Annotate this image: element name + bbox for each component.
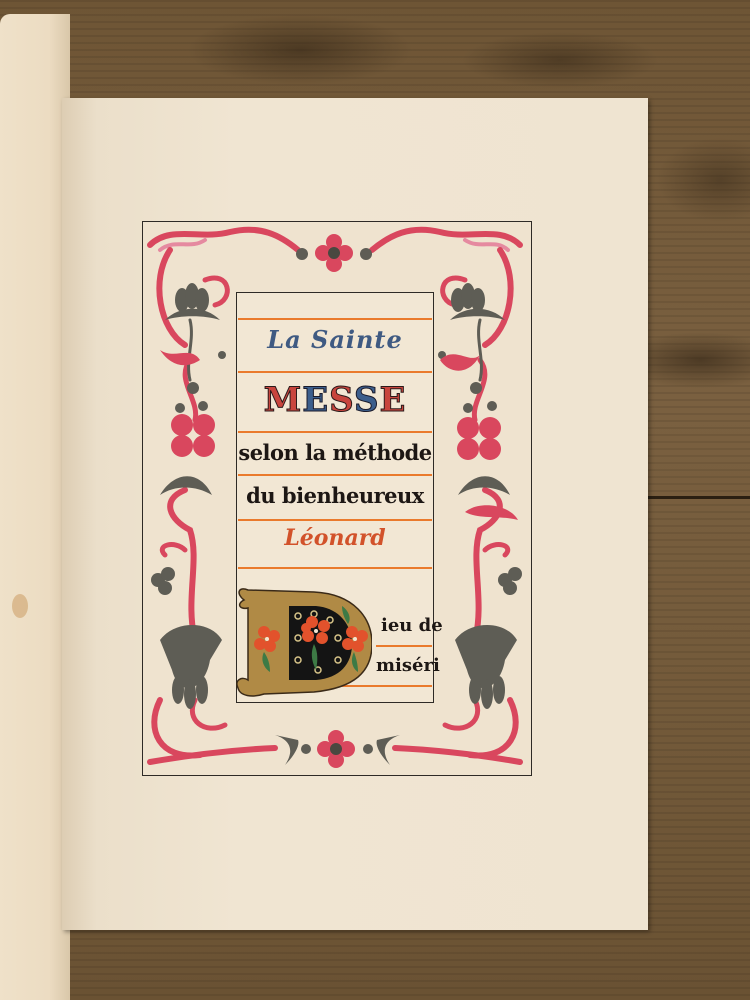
messe-letter: S [329,380,354,420]
ruling-line [238,371,432,373]
title-line-selon-la-methode: selon la méthode [238,440,432,465]
messe-letter: E [380,380,407,420]
ruling-line [376,645,432,647]
text-ieu-de: ieu de [381,615,443,636]
ruling-line [238,431,432,433]
title-line-messe: MESSE [238,380,432,420]
title-line-leonard: Léonard [238,525,432,551]
messe-letter: M [264,380,303,420]
title-line-du-bienheureux: du bienheureux [238,483,432,508]
ruling-line [238,318,432,320]
illuminated-initial-d [234,588,372,700]
title-line-la-sainte: La Sainte [238,325,432,354]
ruling-line [238,567,432,569]
text-miseri: miséri [376,655,440,676]
ruling-line [238,474,432,476]
messe-letter: S [354,380,380,420]
ruling-line [238,519,432,521]
messe-letter: E [302,380,329,420]
